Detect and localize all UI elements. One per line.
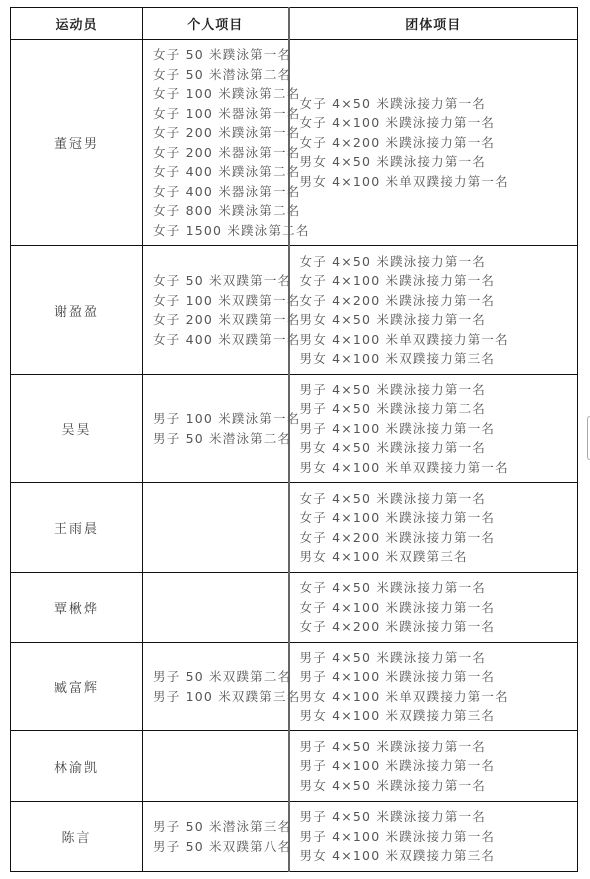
- team-events-cell: 男子 4×50 米蹼泳接力第一名男子 4×100 米蹼泳接力第一名男女 4×10…: [289, 643, 578, 731]
- team-event-item: 女子 4×50 米蹼泳接力第一名: [300, 252, 578, 272]
- athlete-name: 王雨晨: [11, 483, 143, 573]
- team-events-cell: 女子 4×50 米蹼泳接力第一名女子 4×100 米蹼泳接力第一名女子 4×20…: [289, 573, 578, 643]
- individual-event-item: 男子 50 米双蹼第八名: [153, 837, 288, 857]
- individual-event-item: 男子 50 米潜泳第三名: [153, 817, 288, 837]
- team-event-item: 女子 4×50 米蹼泳接力第一名: [300, 94, 578, 114]
- table-row: 陈言男子 50 米潜泳第三名男子 50 米双蹼第八名男子 4×50 米蹼泳接力第…: [11, 802, 578, 872]
- individual-event-item: 女子 100 米双蹼第一名: [153, 291, 288, 311]
- individual-event-item: 男子 100 米蹼泳第一名: [153, 409, 288, 429]
- individual-event-item: 女子 100 米蹼泳第二名: [153, 84, 288, 104]
- individual-event-item: 男子 50 米潜泳第二名: [153, 429, 288, 449]
- athlete-name: 吴昊: [11, 375, 143, 483]
- team-event-item: 男子 4×100 米蹼泳接力第一名: [300, 756, 578, 776]
- individual-events-cell: 女子 50 米蹼泳第一名女子 50 米潜泳第二名女子 100 米蹼泳第二名女子 …: [143, 40, 289, 246]
- athlete-name: 覃楸烨: [11, 573, 143, 643]
- table-row: 林渝凯男子 4×50 米蹼泳接力第一名男子 4×100 米蹼泳接力第一名男女 4…: [11, 731, 578, 802]
- header-individual-events: 个人项目: [143, 8, 289, 40]
- individual-event-item: 女子 400 米蹼泳第二名: [153, 162, 288, 182]
- table-row: 董冠男女子 50 米蹼泳第一名女子 50 米潜泳第二名女子 100 米蹼泳第二名…: [11, 40, 578, 246]
- athlete-name: 董冠男: [11, 40, 143, 246]
- team-event-item: 女子 4×200 米蹼泳接力第一名: [300, 528, 578, 548]
- athlete-name: 林渝凯: [11, 731, 143, 802]
- team-event-item: 女子 4×100 米蹼泳接力第一名: [300, 113, 578, 133]
- team-event-item: 男女 4×100 米单双蹼接力第一名: [300, 330, 578, 350]
- team-event-item: 男女 4×100 米双蹼接力第三名: [300, 349, 578, 369]
- individual-event-item: 男子 50 米双蹼第二名: [153, 667, 288, 687]
- team-events-cell: 女子 4×50 米蹼泳接力第一名女子 4×100 米蹼泳接力第一名女子 4×20…: [289, 246, 578, 375]
- athlete-awards-table: 运动员 个人项目 团体项目 董冠男女子 50 米蹼泳第一名女子 50 米潜泳第二…: [10, 7, 578, 872]
- team-event-item: 男女 4×100 米双蹼第三名: [300, 547, 578, 567]
- individual-event-item: 女子 400 米双蹼第一名: [153, 330, 288, 350]
- individual-events-cell: [143, 731, 289, 802]
- team-events-cell: 女子 4×50 米蹼泳接力第一名女子 4×100 米蹼泳接力第一名女子 4×20…: [289, 40, 578, 246]
- team-event-item: 男女 4×50 米蹼泳接力第一名: [300, 438, 578, 458]
- team-event-item: 男女 4×100 米双蹼接力第三名: [300, 706, 578, 726]
- header-team-events: 团体项目: [289, 8, 578, 40]
- individual-event-item: 女子 50 米双蹼第一名: [153, 271, 288, 291]
- individual-event-item: 女子 200 米器泳第一名: [153, 143, 288, 163]
- team-event-item: 男子 4×50 米蹼泳接力第一名: [300, 737, 578, 757]
- table-row: 覃楸烨女子 4×50 米蹼泳接力第一名女子 4×100 米蹼泳接力第一名女子 4…: [11, 573, 578, 643]
- team-event-item: 男子 4×100 米蹼泳接力第一名: [300, 419, 578, 439]
- team-event-item: 男女 4×50 米蹼泳接力第一名: [300, 152, 578, 172]
- team-event-item: 男子 4×100 米蹼泳接力第一名: [300, 667, 578, 687]
- team-event-item: 男女 4×100 米双蹼接力第三名: [300, 846, 578, 866]
- team-event-item: 女子 4×200 米蹼泳接力第一名: [300, 617, 578, 637]
- individual-events-cell: 男子 50 米潜泳第三名男子 50 米双蹼第八名: [143, 802, 289, 872]
- team-events-cell: 女子 4×50 米蹼泳接力第一名女子 4×100 米蹼泳接力第一名女子 4×20…: [289, 483, 578, 573]
- team-event-item: 男子 4×50 米蹼泳接力第一名: [300, 648, 578, 668]
- team-event-item: 女子 4×200 米蹼泳接力第一名: [300, 133, 578, 153]
- athlete-name: 陈言: [11, 802, 143, 872]
- header-row: 运动员 个人项目 团体项目: [11, 8, 578, 40]
- team-event-item: 男子 4×50 米蹼泳接力第二名: [300, 399, 578, 419]
- team-event-item: 男女 4×50 米蹼泳接力第一名: [300, 310, 578, 330]
- individual-event-item: 女子 50 米潜泳第二名: [153, 65, 288, 85]
- team-event-item: 男女 4×100 米单双蹼接力第一名: [300, 458, 578, 478]
- individual-events-cell: 男子 50 米双蹼第二名男子 100 米双蹼第三名: [143, 643, 289, 731]
- team-event-item: 男子 4×100 米蹼泳接力第一名: [300, 827, 578, 847]
- team-event-item: 男女 4×50 米蹼泳接力第一名: [300, 776, 578, 796]
- team-event-item: 女子 4×50 米蹼泳接力第一名: [300, 578, 578, 598]
- team-event-item: 女子 4×100 米蹼泳接力第一名: [300, 271, 578, 291]
- table-row: 吴昊男子 100 米蹼泳第一名男子 50 米潜泳第二名男子 4×50 米蹼泳接力…: [11, 375, 578, 483]
- individual-event-item: 女子 400 米器泳第一名: [153, 182, 288, 202]
- team-event-item: 男女 4×100 米单双蹼接力第一名: [300, 172, 578, 192]
- table-row: 臧富辉男子 50 米双蹼第二名男子 100 米双蹼第三名男子 4×50 米蹼泳接…: [11, 643, 578, 731]
- team-event-item: 男女 4×100 米单双蹼接力第一名: [300, 687, 578, 707]
- table-row: 谢盈盈女子 50 米双蹼第一名女子 100 米双蹼第一名女子 200 米双蹼第一…: [11, 246, 578, 375]
- team-event-item: 男子 4×50 米蹼泳接力第一名: [300, 380, 578, 400]
- table-body: 董冠男女子 50 米蹼泳第一名女子 50 米潜泳第二名女子 100 米蹼泳第二名…: [11, 40, 578, 872]
- athlete-name: 臧富辉: [11, 643, 143, 731]
- team-event-item: 女子 4×50 米蹼泳接力第一名: [300, 489, 578, 509]
- individual-event-item: 男子 100 米双蹼第三名: [153, 687, 288, 707]
- team-event-item: 女子 4×200 米蹼泳接力第一名: [300, 291, 578, 311]
- athlete-name: 谢盈盈: [11, 246, 143, 375]
- individual-event-item: 女子 200 米蹼泳第一名: [153, 123, 288, 143]
- table-row: 王雨晨女子 4×50 米蹼泳接力第一名女子 4×100 米蹼泳接力第一名女子 4…: [11, 483, 578, 573]
- header-athlete: 运动员: [11, 8, 143, 40]
- team-events-cell: 男子 4×50 米蹼泳接力第一名男子 4×100 米蹼泳接力第一名男女 4×50…: [289, 731, 578, 802]
- team-event-item: 女子 4×100 米蹼泳接力第一名: [300, 598, 578, 618]
- individual-events-cell: [143, 483, 289, 573]
- individual-event-item: 女子 1500 米蹼泳第二名: [153, 221, 288, 241]
- individual-events-cell: [143, 573, 289, 643]
- individual-event-item: 女子 50 米蹼泳第一名: [153, 45, 288, 65]
- individual-event-item: 女子 200 米双蹼第一名: [153, 310, 288, 330]
- individual-events-cell: 女子 50 米双蹼第一名女子 100 米双蹼第一名女子 200 米双蹼第一名女子…: [143, 246, 289, 375]
- individual-event-item: 女子 800 米蹼泳第二名: [153, 201, 288, 221]
- team-events-cell: 男子 4×50 米蹼泳接力第一名男子 4×100 米蹼泳接力第一名男女 4×10…: [289, 802, 578, 872]
- team-events-cell: 男子 4×50 米蹼泳接力第一名男子 4×50 米蹼泳接力第二名男子 4×100…: [289, 375, 578, 483]
- individual-event-item: 女子 100 米器泳第一名: [153, 104, 288, 124]
- team-event-item: 男子 4×50 米蹼泳接力第一名: [300, 807, 578, 827]
- team-event-item: 女子 4×100 米蹼泳接力第一名: [300, 508, 578, 528]
- individual-events-cell: 男子 100 米蹼泳第一名男子 50 米潜泳第二名: [143, 375, 289, 483]
